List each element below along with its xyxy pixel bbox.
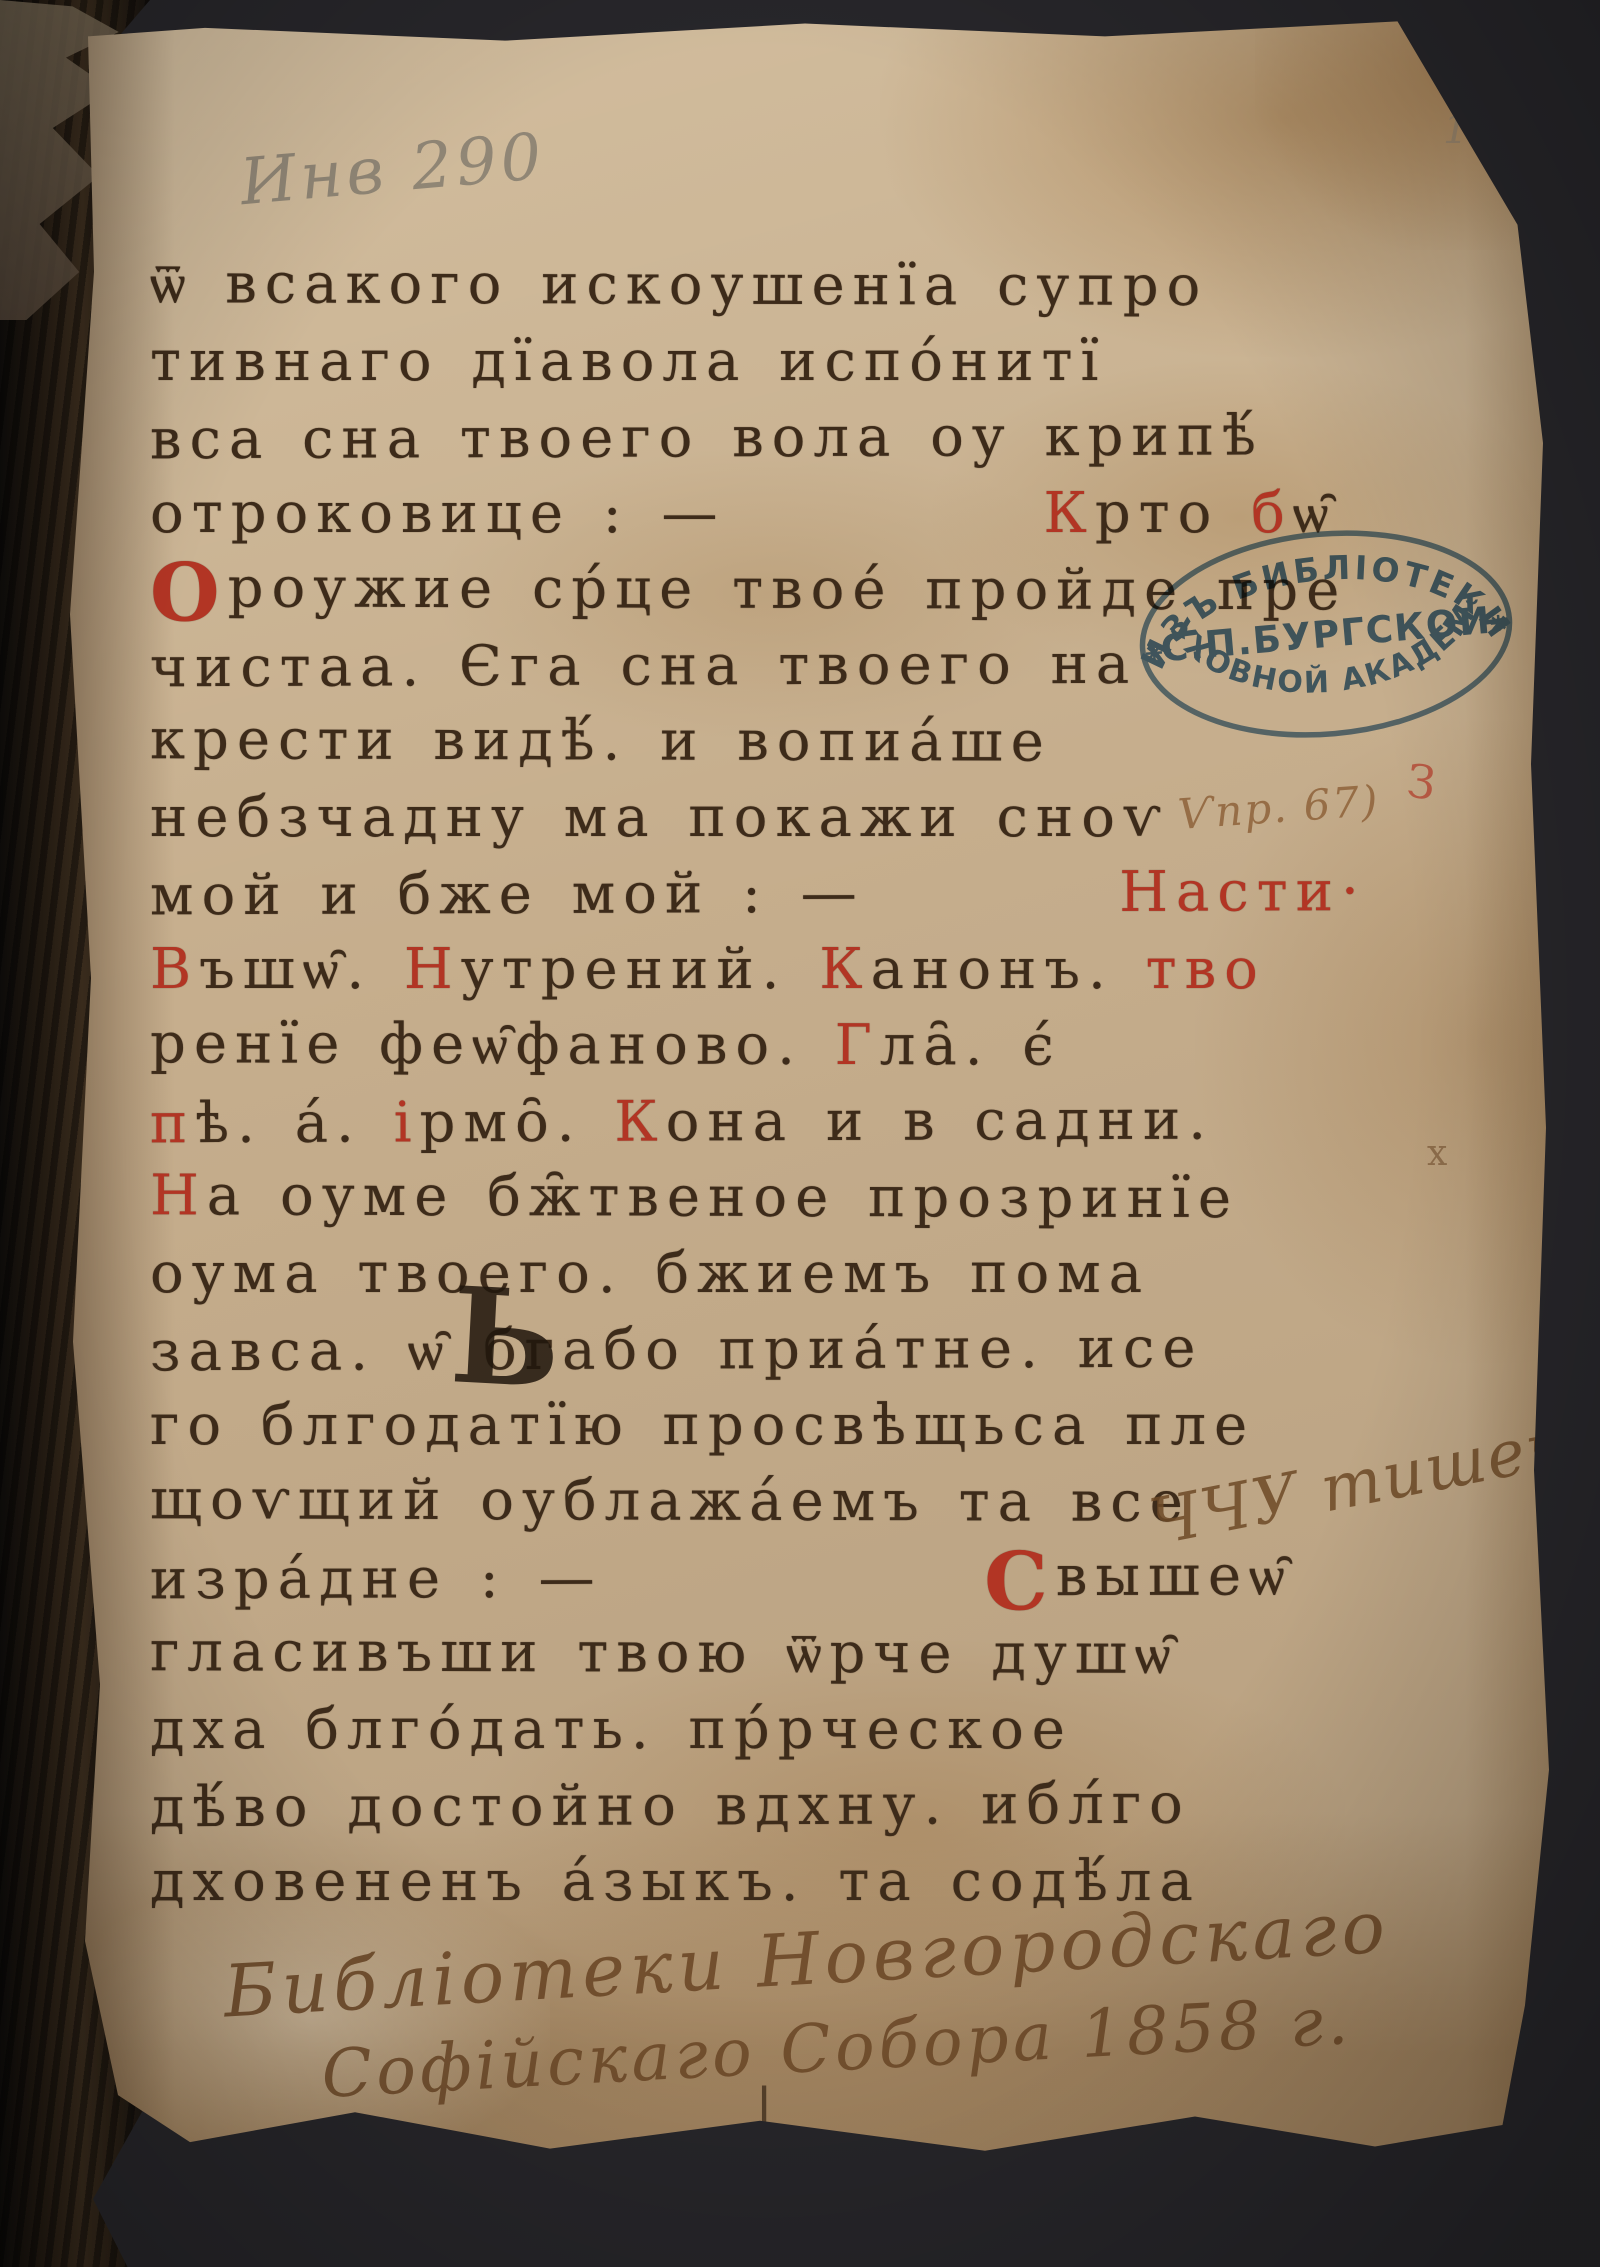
manuscript-line: ѿ всакого искоушенїа супро xyxy=(150,251,1480,330)
text-segment: Н xyxy=(404,937,461,1002)
manuscript-photo: Инв 290 1 ѿ всакого искоушенїа супротивн… xyxy=(0,0,1600,2267)
manuscript-line: оума твоего. бжиемъ пома xyxy=(150,1241,1480,1317)
text-segment: К xyxy=(819,937,870,1002)
text-segment: О xyxy=(150,545,228,639)
text-segment: і xyxy=(394,1090,420,1155)
text-segment: небзчадну ма покажи сноѵ xyxy=(150,785,1169,850)
library-stamp-icon: ИЗЪ БИБЛІОТЕКИ С.П.БУРГСКОЙ ДУХОВНОЙ АКА… xyxy=(1118,503,1534,765)
manuscript-page: Инв 290 1 ѿ всакого искоушенїа супротивн… xyxy=(55,15,1555,2155)
text-segment: тивнаго дїавола испо́нитї xyxy=(150,329,1106,394)
text-segment: щоѵщий оублажа́емъ та все xyxy=(150,1467,1191,1535)
text-segment: крести видѣ́. и вопиа́ше xyxy=(150,707,1052,774)
text-segment: В xyxy=(150,937,199,1002)
text-segment: чистаа. Єга сна твоего на xyxy=(150,632,1137,700)
manuscript-text: ѿ всакого искоушенїа супротивнаго дїавол… xyxy=(150,253,1480,1925)
manuscript-line: завса. ѡ̑ бгабо приа́тне. исе xyxy=(150,1315,1480,1396)
text-segment: дха блго́дать. пр́рческое xyxy=(150,1697,1073,1762)
text-segment: Насти· xyxy=(1119,859,1367,925)
text-segment: ъшѡ̑. xyxy=(199,937,404,1002)
margin-cross-mark: х xyxy=(1427,1133,1447,1174)
manuscript-line: Въшѡ̑. Нутрений. Канонъ. тво xyxy=(150,937,1480,1013)
text-segment: п xyxy=(150,1091,196,1156)
text-segment: С xyxy=(984,1534,1056,1628)
manuscript-line: гласивъши твою ѿрче душѡ̑ xyxy=(150,1619,1480,1698)
text-segment: а оуме бж̑твеное прозринїе xyxy=(207,1163,1239,1231)
manuscript-line: ренїе феѡ̑фаново. Гла̑. є́ xyxy=(150,1011,1480,1090)
text-segment: анонъ. xyxy=(871,937,1146,1002)
folio-number: 1 xyxy=(1443,107,1468,153)
text-segment: Г xyxy=(835,1013,880,1078)
text-segment: она и в садни. xyxy=(666,1088,1215,1155)
text-segment: ѿ всакого искоушенїа супро xyxy=(150,251,1208,319)
text-segment: ренїе феѡ̑фаново. xyxy=(150,1011,835,1078)
text-segment: гласивъши твою ѿрче душѡ̑ xyxy=(150,1619,1179,1687)
text-segment: вса сна твоего вола оу крипѣ́ xyxy=(150,403,1264,472)
text-segment xyxy=(725,481,1043,546)
manuscript-line: вса сна твоего вола оу крипѣ́ xyxy=(150,403,1480,484)
text-segment: дѣ́во достойно вдхну. ибл́го xyxy=(150,1772,1191,1841)
text-segment: отроковице : — xyxy=(150,481,725,546)
stain-top-edge xyxy=(1255,15,1555,250)
text-segment: Н xyxy=(150,1163,207,1228)
text-segment: завса. ѡ̑ бгабо приа́тне. исе xyxy=(150,1316,1204,1385)
manuscript-line: тивнаго дїавола испо́нитї xyxy=(150,329,1480,405)
text-segment xyxy=(865,860,1120,926)
manuscript-line: пѣ. а́. ірмо̑. Кона и в садни. xyxy=(150,1087,1480,1168)
text-segment: го блгодатїю просвѣщьса пле xyxy=(150,1393,1255,1458)
inventory-number-pencil: Инв 290 xyxy=(237,120,548,220)
text-segment: тво xyxy=(1146,937,1266,1002)
text-segment: изра́дне : — xyxy=(150,1546,603,1613)
text-segment: рмо̑. xyxy=(419,1090,614,1156)
text-segment: ла̑. є́ xyxy=(880,1013,1062,1078)
manuscript-line: На оуме бж̑твеное прозринїе xyxy=(150,1163,1480,1242)
ink-blot: Ь xyxy=(447,1258,564,1418)
text-segment: оума твоего. бжиемъ пома xyxy=(150,1241,1150,1306)
text-segment xyxy=(602,1544,984,1610)
manuscript-line: дѣ́во достойно вдхну. ибл́го xyxy=(150,1771,1480,1852)
text-segment: мой и бже мой : — xyxy=(150,861,865,928)
manuscript-line: мой и бже мой : — Насти· xyxy=(150,859,1480,940)
text-segment: ѣ. а́. xyxy=(195,1090,394,1156)
text-segment: К xyxy=(614,1090,666,1155)
manuscript-line: изра́дне : — Свышеѡ̑ xyxy=(150,1543,1480,1624)
bottom-ink-mark: | xyxy=(755,2077,773,2140)
text-segment: утрений. xyxy=(461,937,820,1002)
manuscript-line: дха блго́дать. пр́рческое xyxy=(150,1697,1480,1773)
manuscript-line: го блгодатїю просвѣщьса пле xyxy=(150,1393,1480,1469)
text-segment: К xyxy=(1043,481,1094,546)
